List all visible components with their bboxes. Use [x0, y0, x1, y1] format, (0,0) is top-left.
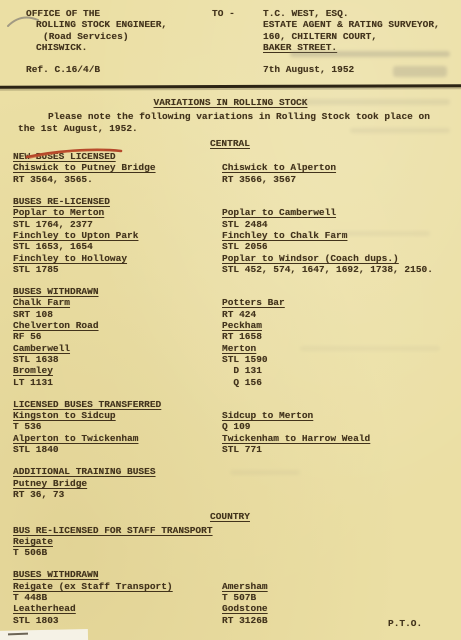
underlined-text: Finchley to Chalk Farm	[222, 230, 347, 241]
group-title-line: BUSES WITHDRAWN	[13, 569, 222, 580]
fleet-number-line: STL 1653, 1654	[13, 241, 222, 252]
underlined-text: NEW BUSES LICENSED	[13, 151, 116, 162]
intro-line: Please note the following variations in …	[18, 111, 461, 122]
underlined-text: LICENSED BUSES TRANSFERRED	[13, 399, 161, 410]
underlined-text: Alperton to Twickenham	[13, 433, 138, 444]
underlined-text: Camberwell	[13, 343, 70, 354]
underlined-text: ADDITIONAL TRAINING BUSES	[13, 466, 156, 477]
left-column: BUSES WITHDRAWNReigate (ex Staff Transpo…	[13, 569, 222, 625]
underlined-text: Potters Bar	[222, 297, 285, 308]
underlined-text: BUSES RE-LICENSED	[13, 196, 110, 207]
fleet-number-line: STL 1764, 2377	[13, 219, 222, 230]
route-line: Bromley	[13, 365, 222, 376]
smudge	[300, 346, 440, 351]
underlined-text: BUSES WITHDRAWN	[13, 286, 99, 297]
section-row: BUSES WITHDRAWNReigate (ex Staff Transpo…	[13, 569, 447, 625]
underlined-text: Reigate (ex Staff Transport)	[13, 581, 173, 592]
underlined-text: Kingston to Sidcup	[13, 410, 116, 421]
underlined-text: Finchley to Upton Park	[13, 230, 138, 241]
to-line: 160, CHILTERN COURT,	[263, 31, 440, 42]
smudge	[350, 128, 450, 133]
fleet-number-line	[222, 399, 447, 410]
underlined-text: Poplar to Windsor (Coach dups.)	[222, 253, 399, 264]
underlined-text: Bromley	[13, 365, 53, 376]
underlined-text: Peckham	[222, 320, 262, 331]
smudge	[290, 51, 450, 57]
fleet-number-line: STL 1840	[13, 444, 222, 455]
underlined-text: Reigate	[13, 536, 53, 547]
fleet-number-line	[222, 196, 447, 207]
route-line: Chalk Farm	[13, 297, 222, 308]
group-title-line: BUSES WITHDRAWN	[13, 286, 222, 297]
page: { "colors":{"paper":"#ebdfa4","ink":"#42…	[0, 0, 461, 640]
fleet-number-line: T 536	[13, 421, 222, 432]
fleet-number-line: Q 156	[222, 377, 447, 388]
route-line: Chelverton Road	[13, 320, 222, 331]
doc-title-text: VARIATIONS IN ROLLING STOCK	[154, 97, 308, 108]
divider-rule	[0, 84, 461, 89]
route-line: Chiswick to Alperton	[222, 162, 447, 173]
fleet-number-line: D 131	[222, 365, 447, 376]
underlined-text: Chelverton Road	[13, 320, 99, 331]
group-title-line: ADDITIONAL TRAINING BUSES	[13, 466, 222, 477]
pto-label: P.T.O.	[388, 618, 422, 629]
from-line: OFFICE OF THE	[26, 8, 167, 19]
underlined-text: Amersham	[222, 581, 268, 592]
underlined-text: Godstone	[222, 603, 268, 614]
smudge	[230, 470, 300, 475]
underlined-text: Chiswick to Putney Bridge	[13, 162, 156, 173]
fleet-number-line: RT 424	[222, 309, 447, 320]
fleet-number-line: T 507B	[222, 592, 447, 603]
fleet-number-line: RT 1658	[222, 331, 447, 342]
route-line: Poplar to Merton	[13, 207, 222, 218]
fleet-number-line: RT 36, 73	[13, 489, 222, 500]
fleet-number-line: STL 1638	[13, 354, 222, 365]
fleet-number-line: STL 2484	[222, 219, 447, 230]
underlined-text: Putney Bridge	[13, 478, 87, 489]
section-row: LICENSED BUSES TRANSFERREDKingston to Si…	[13, 399, 447, 455]
fleet-number-line	[222, 569, 447, 580]
route-line: Poplar to Camberwell	[222, 207, 447, 218]
route-line: Reigate	[13, 536, 222, 547]
route-line: Finchley to Holloway	[13, 253, 222, 264]
fleet-number-line: RT 3564, 3565.	[13, 174, 222, 185]
section-row: NEW BUSES LICENSEDChiswick to Putney Bri…	[13, 151, 447, 185]
route-line: Godstone	[222, 603, 447, 614]
route-line: Peckham	[222, 320, 447, 331]
to-label: TO -	[212, 8, 235, 19]
smudge	[330, 231, 430, 236]
group-title-line: NEW BUSES LICENSED	[13, 151, 222, 162]
underlined-text: Twickenham to Harrow Weald	[222, 433, 370, 444]
right-column: Chiswick to AlpertonRT 3566, 3567	[222, 151, 447, 185]
underlined-text: BUSES WITHDRAWN	[13, 569, 99, 580]
route-line: Putney Bridge	[13, 478, 222, 489]
fleet-number-line: LT 1131	[13, 377, 222, 388]
fleet-number-line	[222, 151, 447, 162]
fleet-number-line: Q 109	[222, 421, 447, 432]
date: 7th August, 1952	[263, 64, 354, 75]
group-title-line: BUS RE-LICENSED FOR STAFF TRANSPORT	[13, 525, 222, 536]
underlined-text: Chiswick to Alperton	[222, 162, 336, 173]
smudge	[393, 66, 447, 77]
underlined-text: BUS RE-LICENSED FOR STAFF TRANSPORT	[13, 525, 213, 536]
left-column: ADDITIONAL TRAINING BUSESPutney BridgeRT…	[13, 466, 222, 500]
fleet-number-line: RF 56	[13, 331, 222, 342]
fleet-number-line	[222, 286, 447, 297]
underlined-text: Merton	[222, 343, 256, 354]
section-row: BUS RE-LICENSED FOR STAFF TRANSPORTReiga…	[13, 525, 447, 559]
fleet-number-line: RT 3566, 3567	[222, 174, 447, 185]
sections: CENTRALNEW BUSES LICENSEDChiswick to Put…	[13, 138, 447, 626]
left-column: NEW BUSES LICENSEDChiswick to Putney Bri…	[13, 151, 222, 185]
fleet-number-line: T 506B	[13, 547, 222, 558]
right-column	[222, 525, 447, 559]
route-line: Kingston to Sidcup	[13, 410, 222, 421]
underlined-text: Leatherhead	[13, 603, 76, 614]
fleet-number-line: STL 771	[222, 444, 447, 455]
route-line: Chiswick to Putney Bridge	[13, 162, 222, 173]
route-line: Reigate (ex Staff Transport)	[13, 581, 222, 592]
route-line: Sidcup to Merton	[222, 410, 447, 421]
section-heading-text: CENTRAL	[210, 138, 250, 149]
left-column: BUS RE-LICENSED FOR STAFF TRANSPORTReiga…	[13, 525, 222, 559]
reference-number: Ref. C.16/4/B	[26, 64, 100, 75]
right-column: Potters BarRT 424PeckhamRT 1658MertonSTL…	[222, 286, 447, 388]
route-line: Leatherhead	[13, 603, 222, 614]
underlined-text: Finchley to Holloway	[13, 253, 127, 264]
underlined-text: Sidcup to Merton	[222, 410, 313, 421]
section-heading: CENTRAL	[13, 138, 447, 149]
smudge	[300, 99, 450, 105]
fleet-number-line: STL 1803	[13, 615, 222, 626]
from-line: (Road Services)	[43, 31, 167, 42]
fleet-number-line: T 448B	[13, 592, 222, 603]
underlined-text: Poplar to Merton	[13, 207, 104, 218]
section-heading: COUNTRY	[13, 511, 447, 522]
left-column: BUSES WITHDRAWNChalk FarmSRT 108Chelvert…	[13, 286, 222, 388]
group-title-line: LICENSED BUSES TRANSFERRED	[13, 399, 222, 410]
to-line: ESTATE AGENT & RATING SURVEYOR,	[263, 19, 440, 30]
from-address: OFFICE OF THE ROLLING STOCK ENGINEER, (R…	[26, 8, 167, 53]
from-line: CHISWICK.	[36, 42, 167, 53]
route-line: Amersham	[222, 581, 447, 592]
from-line: ROLLING STOCK ENGINEER,	[36, 19, 167, 30]
left-column: BUSES RE-LICENSEDPoplar to MertonSTL 176…	[13, 196, 222, 275]
fleet-number-line: STL 2056	[222, 241, 447, 252]
left-column: LICENSED BUSES TRANSFERREDKingston to Si…	[13, 399, 222, 455]
fleet-number-line: SRT 108	[13, 309, 222, 320]
group-title-line: BUSES RE-LICENSED	[13, 196, 222, 207]
to-line: T.C. WEST, ESQ.	[263, 8, 440, 19]
route-line: Poplar to Windsor (Coach dups.)	[222, 253, 447, 264]
to-address: T.C. WEST, ESQ. ESTATE AGENT & RATING SU…	[263, 8, 440, 53]
section-heading-text: COUNTRY	[210, 511, 250, 522]
route-line: Finchley to Upton Park	[13, 230, 222, 241]
route-line: Alperton to Twickenham	[13, 433, 222, 444]
underlined-text: Poplar to Camberwell	[222, 207, 336, 218]
section-row: BUSES WITHDRAWNChalk FarmSRT 108Chelvert…	[13, 286, 447, 388]
fleet-number-line: STL 452, 574, 1647, 1692, 1738, 2150.	[222, 264, 447, 275]
right-column: Sidcup to MertonQ 109Twickenham to Harro…	[222, 399, 447, 455]
underlined-text: Chalk Farm	[13, 297, 70, 308]
fleet-number-line: STL 1785	[13, 264, 222, 275]
route-line: Twickenham to Harrow Weald	[222, 433, 447, 444]
route-line: Potters Bar	[222, 297, 447, 308]
letterhead: OFFICE OF THE ROLLING STOCK ENGINEER, (R…	[0, 0, 461, 89]
fleet-number-line: STL 1590	[222, 354, 447, 365]
route-line: Camberwell	[13, 343, 222, 354]
